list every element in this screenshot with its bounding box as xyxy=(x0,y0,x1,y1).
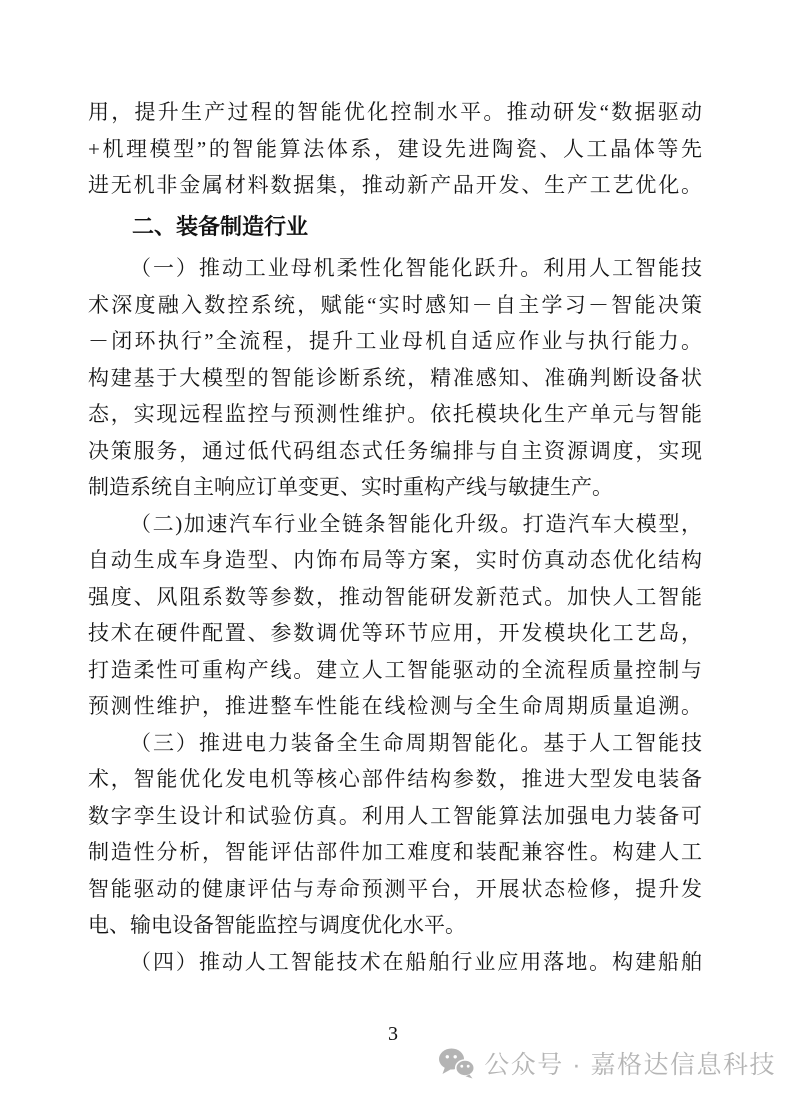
text-line: 进无机非金属材料数据集，推动新产品开发、生产工艺优化。 xyxy=(88,167,702,204)
text-line: 技术在硬件配置、参数调优等环节应用，开发模块化工艺岛， xyxy=(88,615,702,652)
text-line: 电、输电设备智能监控与调度优化水平。 xyxy=(88,907,702,944)
text-line: 制造系统自主响应订单变更、实时重构产线与敏捷生产。 xyxy=(88,469,702,506)
text-line: 打造柔性可重构产线。建立人工智能驱动的全流程质量控制与 xyxy=(88,652,702,689)
text-line: 预测性维护，推进整车性能在线检测与全生命周期质量追溯。 xyxy=(88,688,702,725)
text-line: 数字孪生设计和试验仿真。利用人工智能算法加强电力装备可 xyxy=(88,798,702,835)
text-line: －闭环执行”全流程，提升工业母机自适应作业与执行能力。 xyxy=(88,323,702,360)
paragraph: 用，提升生产过程的智能优化控制水平。推动研发“数据驱动+机理模型”的智能算法体系… xyxy=(88,94,702,204)
section-heading: 二、装备制造行业 xyxy=(88,209,702,246)
paragraph: （四）推动人工智能技术在船舶行业应用落地。构建船舶 xyxy=(88,944,702,981)
text-line: （三）推进电力装备全生命周期智能化。基于人工智能技 xyxy=(88,725,702,762)
text-line: 构建基于大模型的智能诊断系统，精准感知、准确判断设备状 xyxy=(88,360,702,397)
text-line: 用，提升生产过程的智能优化控制水平。推动研发“数据驱动 xyxy=(88,94,702,131)
text-line: 智能驱动的健康评估与寿命预测平台，开展状态检修，提升发 xyxy=(88,871,702,908)
paragraph: （一）推动工业母机柔性化智能化跃升。利用人工智能技术深度融入数控系统，赋能“实时… xyxy=(88,250,702,506)
wechat-icon xyxy=(438,1048,475,1079)
paragraph: （三）推进电力装备全生命周期智能化。基于人工智能技术，智能优化发电机等核心部件结… xyxy=(88,725,702,944)
document-text: 用，提升生产过程的智能优化控制水平。推动研发“数据驱动+机理模型”的智能算法体系… xyxy=(88,94,702,980)
text-line: 自动生成车身造型、内饰布局等方案，实时仿真动态优化结构 xyxy=(88,542,702,579)
text-line: （一）推动工业母机柔性化智能化跃升。利用人工智能技 xyxy=(88,250,702,287)
text-line: （二)加速汽车行业全链条智能化升级。打造汽车大模型， xyxy=(88,506,702,543)
text-line: 制造性分析，智能评估部件加工难度和装配兼容性。构建人工 xyxy=(88,834,702,871)
text-line: 态，实现远程监控与预测性维护。依托模块化生产单元与智能 xyxy=(88,396,702,433)
text-line: +机理模型”的智能算法体系，建设先进陶瓷、人工晶体等先 xyxy=(88,131,702,168)
watermark: 公众号 · 嘉格达信息科技 xyxy=(438,1045,776,1081)
paragraph: （二)加速汽车行业全链条智能化升级。打造汽车大模型，自动生成车身造型、内饰布局等… xyxy=(88,506,702,725)
text-line: 决策服务，通过低代码组态式任务编排与自主资源调度，实现 xyxy=(88,433,702,470)
text-line: （四）推动人工智能技术在船舶行业应用落地。构建船舶 xyxy=(88,944,702,981)
page-number: 3 xyxy=(0,1023,786,1046)
watermark-text: 公众号 · 嘉格达信息科技 xyxy=(484,1045,776,1081)
text-line: 强度、风阻系数等参数，推动智能研发新范式。加快人工智能 xyxy=(88,579,702,616)
text-line: 术，智能优化发电机等核心部件结构参数，推进大型发电装备 xyxy=(88,761,702,798)
text-line: 术深度融入数控系统，赋能“实时感知－自主学习－智能决策 xyxy=(88,287,702,324)
